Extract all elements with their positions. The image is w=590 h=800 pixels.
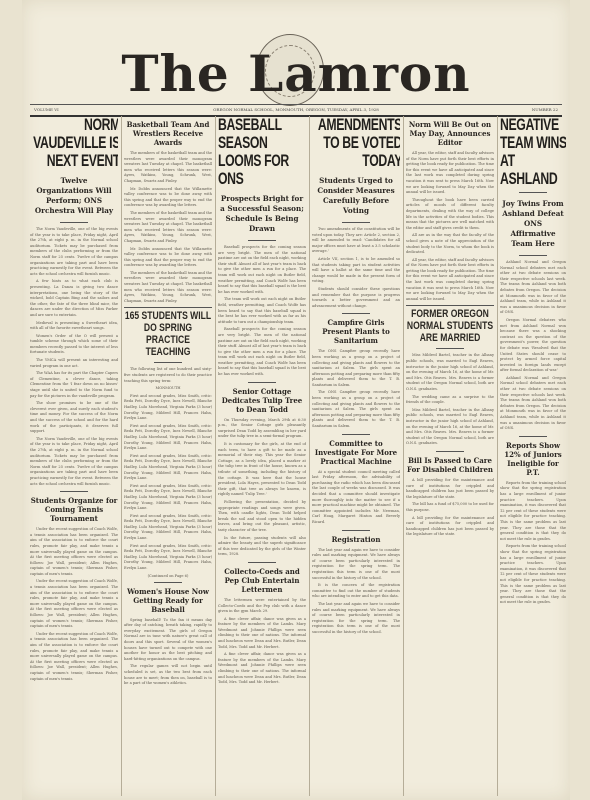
paragraph: It is customary for the girls, at the en… — [218, 442, 306, 498]
headline-practice-teaching: 165 STUDENTS WILL DO SPRING PRACTICE TEA… — [124, 310, 211, 358]
article-campfire-body: The ONS Campfire group recently have bee… — [312, 349, 400, 429]
paragraph: The ONS Campfire group recently have bee… — [312, 349, 400, 388]
paragraph: Baseball prospects for the coming season… — [218, 327, 306, 377]
issue-number: NUMBER 22 — [532, 105, 558, 114]
paragraph: Under the recent suggestion of Coach Wol… — [30, 579, 118, 629]
paragraph: A bill providing for the maintenance and… — [406, 516, 494, 538]
paragraph: The members of the basketball team and t… — [124, 211, 212, 245]
paragraph: Oregon Normal debaters who met from Ashl… — [500, 318, 566, 374]
column-rule — [403, 116, 404, 796]
dateline-text: OREGON NORMAL SCHOOL, MONMOUTH, OREGON, … — [30, 105, 562, 114]
deck-negative-team: Joy Twins From Ashland Defeat ONS Affirm… — [502, 199, 564, 249]
paragraph: Students should consider these questions… — [312, 287, 400, 309]
paragraph: First and second grades, Miss Smith, cri… — [124, 484, 212, 512]
paragraph: The regular games will not begin until s… — [124, 664, 212, 686]
paragraph: Reports from the training school show th… — [500, 544, 566, 606]
article-tennis-body: Under the recent suggestion of Coach Wol… — [30, 527, 118, 682]
divider — [519, 436, 547, 437]
headline-may-day: Norm Will Be Out on May Day, Announces E… — [406, 120, 494, 147]
headline-awards: Basketball Team And Wrestlers Receive Aw… — [124, 120, 212, 147]
divider — [519, 255, 547, 256]
subsection-label: MONMOUTH — [124, 386, 212, 392]
headline-married: FORMER OREGON NORMAL STUDENTS ARE MARRIE… — [406, 308, 493, 344]
paragraph: Mr. Dobbs announced that the Willamette … — [124, 247, 212, 269]
paragraph: The Norm Vaudeville, one of the big even… — [30, 437, 118, 487]
paragraph: All year, the editor, staff and faculty … — [406, 151, 494, 196]
headline-campfire: Campfire Girls Present Plants to Sanitar… — [312, 318, 400, 345]
article-tulip-tree-body: On Thursday evening, March 29th at 6:30 … — [218, 418, 306, 558]
paragraph: Throughout the book have been carried ar… — [406, 198, 494, 232]
column-1: NORM VAUDEVILLE IS NEXT EVENT Twelve Org… — [30, 116, 118, 796]
paragraph: All year, the editor, staff and faculty … — [406, 258, 494, 303]
paragraph: First and second grades, Miss Smith, cri… — [124, 424, 212, 452]
paragraph: First and second grades, Miss Smith, cri… — [124, 394, 212, 422]
headline-vaudeville: NORM VAUDEVILLE IS NEXT EVENT — [30, 116, 118, 170]
divider — [60, 491, 88, 492]
paragraph: A bill providing for the maintenance and… — [406, 478, 494, 500]
divider — [342, 313, 370, 314]
paragraph: A fine clever affair, dance was given as… — [218, 617, 306, 651]
paragraph: First and second grades, Miss Smith, cri… — [124, 544, 212, 572]
column-5: Norm Will Be Out on May Day, Announces E… — [406, 116, 494, 796]
paragraph: Two amendments of the constitution will … — [312, 227, 400, 255]
paragraph: In the future, passing students will als… — [218, 536, 306, 558]
paragraph: Mr. Dobbs announced that the Willamette … — [124, 187, 212, 209]
article-registration-body: The last year and again we have to consi… — [312, 548, 400, 636]
column-rule — [497, 116, 498, 796]
paragraph: The show promises to be one of the cleve… — [30, 401, 118, 435]
column-rule — [215, 116, 216, 796]
deck-amendments: Students Urged to Consider Measures Care… — [314, 176, 398, 216]
newspaper-page: The Lamron VOLUME VI OREGON NORMAL SCHOO… — [22, 0, 570, 800]
divider — [342, 222, 370, 223]
headline-womens-house: Women's House Now Getting Ready for Base… — [124, 587, 212, 614]
divider — [248, 562, 276, 563]
article-amendments-body: Two amendments of the constitution will … — [312, 227, 400, 309]
headline-amendments: AMENDMENTS TO BE VOTED TODAY — [312, 116, 400, 170]
article-juniors-ineligible-body: Reports from the training school show th… — [500, 481, 566, 606]
paragraph: At a special student council meeting cal… — [312, 470, 400, 526]
divider — [60, 222, 88, 223]
paragraph: Article VII, section 1, is to be amended… — [312, 257, 400, 285]
column-6: NEGATIVE TEAM WINS AT ASHLAND Joy Twins … — [500, 116, 566, 796]
paragraph: Reports from the training school show th… — [500, 481, 566, 543]
paragraph: Spring baseball! To the fan it means day… — [124, 618, 212, 663]
headline-committee: Committee to Investigate For More Practi… — [312, 439, 400, 466]
paragraph: The ONS Campfire group recently have bee… — [312, 390, 400, 429]
column-4: AMENDMENTS TO BE VOTED TODAY Students Ur… — [312, 116, 400, 796]
paragraph: Miss Mildred Bartel, teacher in the Alba… — [406, 353, 494, 392]
paragraph: Baseball prospects for the coming season… — [218, 245, 306, 295]
paragraph: The lettermen were entertained by the Co… — [218, 598, 306, 615]
headline-juniors-ineligible: Reports Show 12% of Juniors Ineligible f… — [500, 441, 566, 477]
paragraph: The team will work out each night on But… — [218, 297, 306, 325]
paragraph: It is the concern of the registration co… — [312, 583, 400, 600]
column-2: Basketball Team And Wrestlers Receive Aw… — [124, 116, 212, 796]
divider — [248, 382, 276, 383]
article-vaudeville-body: The Norm Vaudeville, one of the big even… — [30, 227, 118, 487]
paragraph: Following the presentation, decided by a… — [218, 500, 306, 534]
headline-registration: Registration — [312, 535, 400, 544]
column-rule — [121, 116, 122, 796]
deck-baseball: Prospects Bright for a Successful Season… — [220, 194, 304, 234]
paragraph: The members of the basketball team and t… — [124, 271, 212, 305]
paragraph: The WAA has for its part the Chapter Cap… — [30, 371, 118, 399]
paragraph: First and second grades, Miss Smith, cri… — [124, 454, 212, 482]
article-practice-teaching-body: The following list of one hundred and si… — [124, 367, 212, 571]
article-womens-house-body: Spring baseball! To the fan it means day… — [124, 618, 212, 687]
paragraph: A fine clever affair, dance was given as… — [218, 652, 306, 686]
article-disabled-bill-body: A bill providing for the maintenance and… — [406, 478, 494, 538]
column-3: BASEBALL SEASON LOOMS FOR ONS Prospects … — [218, 116, 306, 796]
divider — [436, 348, 464, 349]
masthead: The Lamron — [22, 20, 570, 102]
continued-label[interactable]: (Continued on Page 6) — [124, 574, 212, 578]
paragraph: The members of the basketball team and t… — [124, 151, 212, 185]
column-rule — [309, 116, 310, 796]
paragraph: Miss Mildred Bartel, teacher in the Alba… — [406, 408, 494, 447]
paragraph: First and second grades, Miss Smith, cri… — [124, 514, 212, 542]
article-married-body: Miss Mildred Bartel, teacher in the Alba… — [406, 353, 494, 447]
headline-collecto: Collecto-Coeds and Pep Club Entertain Le… — [218, 567, 306, 594]
paragraph: Women's Order of the O will present a tu… — [30, 334, 118, 356]
paragraph: The bill has a fund of $75,000 to be use… — [406, 502, 494, 513]
divider — [519, 192, 547, 193]
article-collecto-body: The lettermen were entertained by the Co… — [218, 598, 306, 686]
paragraph: On Thursday evening, March 29th at 6:30 … — [218, 418, 306, 440]
paragraph: The last year and again we have to consi… — [312, 602, 400, 636]
article-baseball-body: Baseball prospects for the coming season… — [218, 245, 306, 378]
headline-tulip-tree: Senior Cottage Dedicates Tulip Tree to D… — [218, 387, 306, 414]
divider — [342, 434, 370, 435]
paragraph: All are as in the way that the faculty o… — [406, 233, 494, 255]
deck-vaudeville: Twelve Organizations Will Perform; ONS O… — [32, 176, 116, 216]
paragraph: A few hints as to what each club is pres… — [30, 279, 118, 318]
headline-negative-team: NEGATIVE TEAM WINS AT ASHLAND — [500, 116, 566, 188]
paragraph: The following list of one hundred and si… — [124, 367, 212, 384]
paragraph: The wedding came as a surprise to the fr… — [406, 395, 494, 406]
article-awards-body: The members of the basketball team and t… — [124, 151, 212, 304]
divider — [154, 362, 182, 363]
paragraph: The last year and again we have to consi… — [312, 548, 400, 582]
headline-disabled-bill: Bill Is Passed to Care For Disabled Chil… — [406, 456, 494, 474]
paragraph: The YMCA will present an interesting and… — [30, 358, 118, 369]
divider — [248, 240, 276, 241]
paragraph: Ashland Normal and Oregon Normal school … — [500, 260, 566, 316]
headline-tennis: Students Organize for Coming Tennis Tour… — [30, 496, 118, 523]
paragraph: Medieval is presenting a Sweetheart idea… — [30, 321, 118, 332]
article-negative-team-body: Ashland Normal and Oregon Normal school … — [500, 260, 566, 432]
article-may-day-body: All year, the editor, staff and faculty … — [406, 151, 494, 302]
newspaper-title: The Lamron — [22, 44, 570, 103]
paragraph: Ashland Normal and Oregon Normal school … — [500, 376, 566, 432]
divider — [436, 451, 464, 452]
headline-baseball: BASEBALL SEASON LOOMS FOR ONS — [218, 116, 306, 188]
divider — [154, 582, 182, 583]
paragraph: Under the recent suggestion of Coach Wol… — [30, 527, 118, 577]
divider — [342, 530, 370, 531]
paragraph: The Norm Vaudeville, one of the big even… — [30, 227, 118, 277]
article-committee-body: At a special student council meeting cal… — [312, 470, 400, 526]
paragraph: Under the recent suggestion of Coach Wol… — [30, 632, 118, 682]
